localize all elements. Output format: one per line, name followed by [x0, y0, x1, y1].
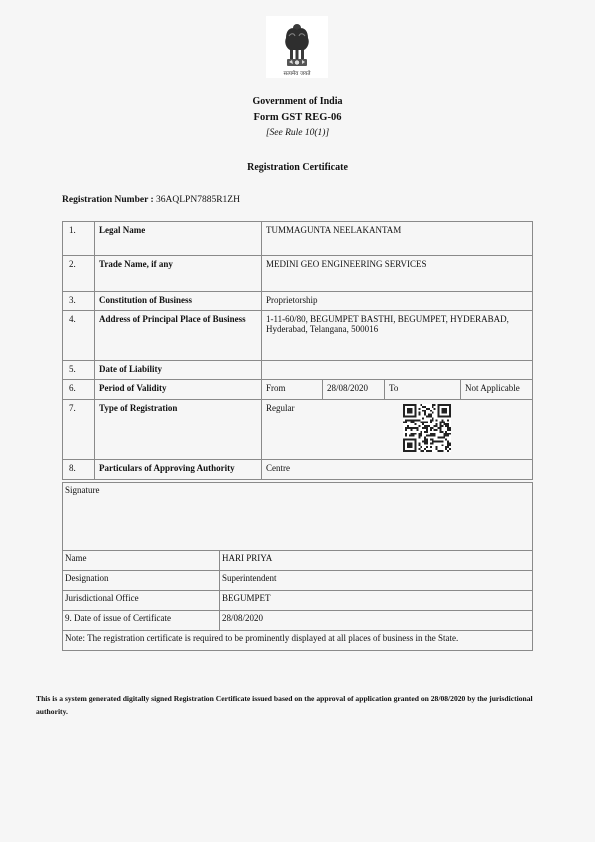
certificate-title: Registration Certificate [0, 162, 595, 173]
validity-to-label: To [385, 380, 461, 400]
address-value: 1-11-60/80, BEGUMPET BASTHI, BEGUMPET, H… [262, 311, 533, 361]
jurisdictional-office-value: BEGUMPET [220, 591, 533, 611]
table-row: Name HARI PRIYA [63, 551, 533, 571]
government-heading: Government of India [0, 96, 595, 107]
row-number: 5. [63, 361, 95, 380]
registration-type-value: Regular [266, 403, 295, 413]
registration-type-label: Type of Registration [95, 400, 262, 460]
signature-table: Signature Name HARI PRIYA Designation Su… [62, 482, 533, 651]
officer-name-value: HARI PRIYA [220, 551, 533, 571]
table-row: Designation Superintendent [63, 571, 533, 591]
date-of-liability-label: Date of Liability [95, 361, 262, 380]
table-row: Note: The registration certificate is re… [63, 631, 533, 651]
row-number: 4. [63, 311, 95, 361]
constitution-label: Constitution of Business [95, 292, 262, 311]
emblem-motto: सत्यमेव जयते [266, 69, 328, 77]
row-number: 7. [63, 400, 95, 460]
rule-reference: [See Rule 10(1)] [0, 128, 595, 138]
registration-details-table: 1. Legal Name TUMMAGUNTA NEELAKANTAM 2. … [62, 221, 533, 480]
legal-name-label: Legal Name [95, 222, 262, 256]
registration-number-label: Registration Number : [62, 195, 154, 205]
table-row: 9. Date of issue of Certificate 28/08/20… [63, 611, 533, 631]
display-note: Note: The registration certificate is re… [63, 631, 533, 651]
constitution-value: Proprietorship [262, 292, 533, 311]
registration-number: Registration Number : 36AQLPN7885R1ZH [62, 195, 240, 205]
registration-number-value: 36AQLPN7885R1ZH [156, 195, 240, 205]
approving-authority-label: Particulars of Approving Authority [95, 460, 262, 480]
table-row: 8. Particulars of Approving Authority Ce… [63, 460, 533, 480]
row-number: 2. [63, 256, 95, 292]
table-row: 6. Period of Validity From 28/08/2020 To… [63, 380, 533, 400]
signature-label: Signature [63, 483, 533, 551]
jurisdictional-office-label: Jurisdictional Office [63, 591, 220, 611]
table-row: 2. Trade Name, if any MEDINI GEO ENGINEE… [63, 256, 533, 292]
trade-name-value: MEDINI GEO ENGINEERING SERVICES [262, 256, 533, 292]
issue-date-label: 9. Date of issue of Certificate [63, 611, 220, 631]
designation-label: Designation [63, 571, 220, 591]
table-row: 1. Legal Name TUMMAGUNTA NEELAKANTAM [63, 222, 533, 256]
validity-to-value: Not Applicable [461, 380, 533, 400]
validity-label: Period of Validity [95, 380, 262, 400]
legal-name-value: TUMMAGUNTA NEELAKANTAM [262, 222, 533, 256]
row-number: 1. [63, 222, 95, 256]
trade-name-label: Trade Name, if any [95, 256, 262, 292]
date-of-liability-value [262, 361, 533, 380]
row-number: 3. [63, 292, 95, 311]
table-row: 5. Date of Liability [63, 361, 533, 380]
registration-type-cell: Regular [262, 400, 533, 460]
approving-authority-value: Centre [262, 460, 533, 480]
table-row: Jurisdictional Office BEGUMPET [63, 591, 533, 611]
validity-from-value: 28/08/2020 [323, 380, 385, 400]
designation-value: Superintendent [220, 571, 533, 591]
signature-row: Signature [63, 483, 533, 551]
table-row: 4. Address of Principal Place of Busines… [63, 311, 533, 361]
table-row: 7. Type of Registration Regular [63, 400, 533, 460]
row-number: 6. [63, 380, 95, 400]
row-number: 8. [63, 460, 95, 480]
officer-name-label: Name [63, 551, 220, 571]
form-name: Form GST REG-06 [0, 112, 595, 123]
validity-from-label: From [262, 380, 323, 400]
table-row: 3. Constitution of Business Proprietorsh… [63, 292, 533, 311]
address-label: Address of Principal Place of Business [95, 311, 262, 361]
issue-date-value: 28/08/2020 [220, 611, 533, 631]
qr-code-icon [403, 404, 451, 452]
footer-disclaimer: This is a system generated digitally sig… [36, 693, 566, 718]
